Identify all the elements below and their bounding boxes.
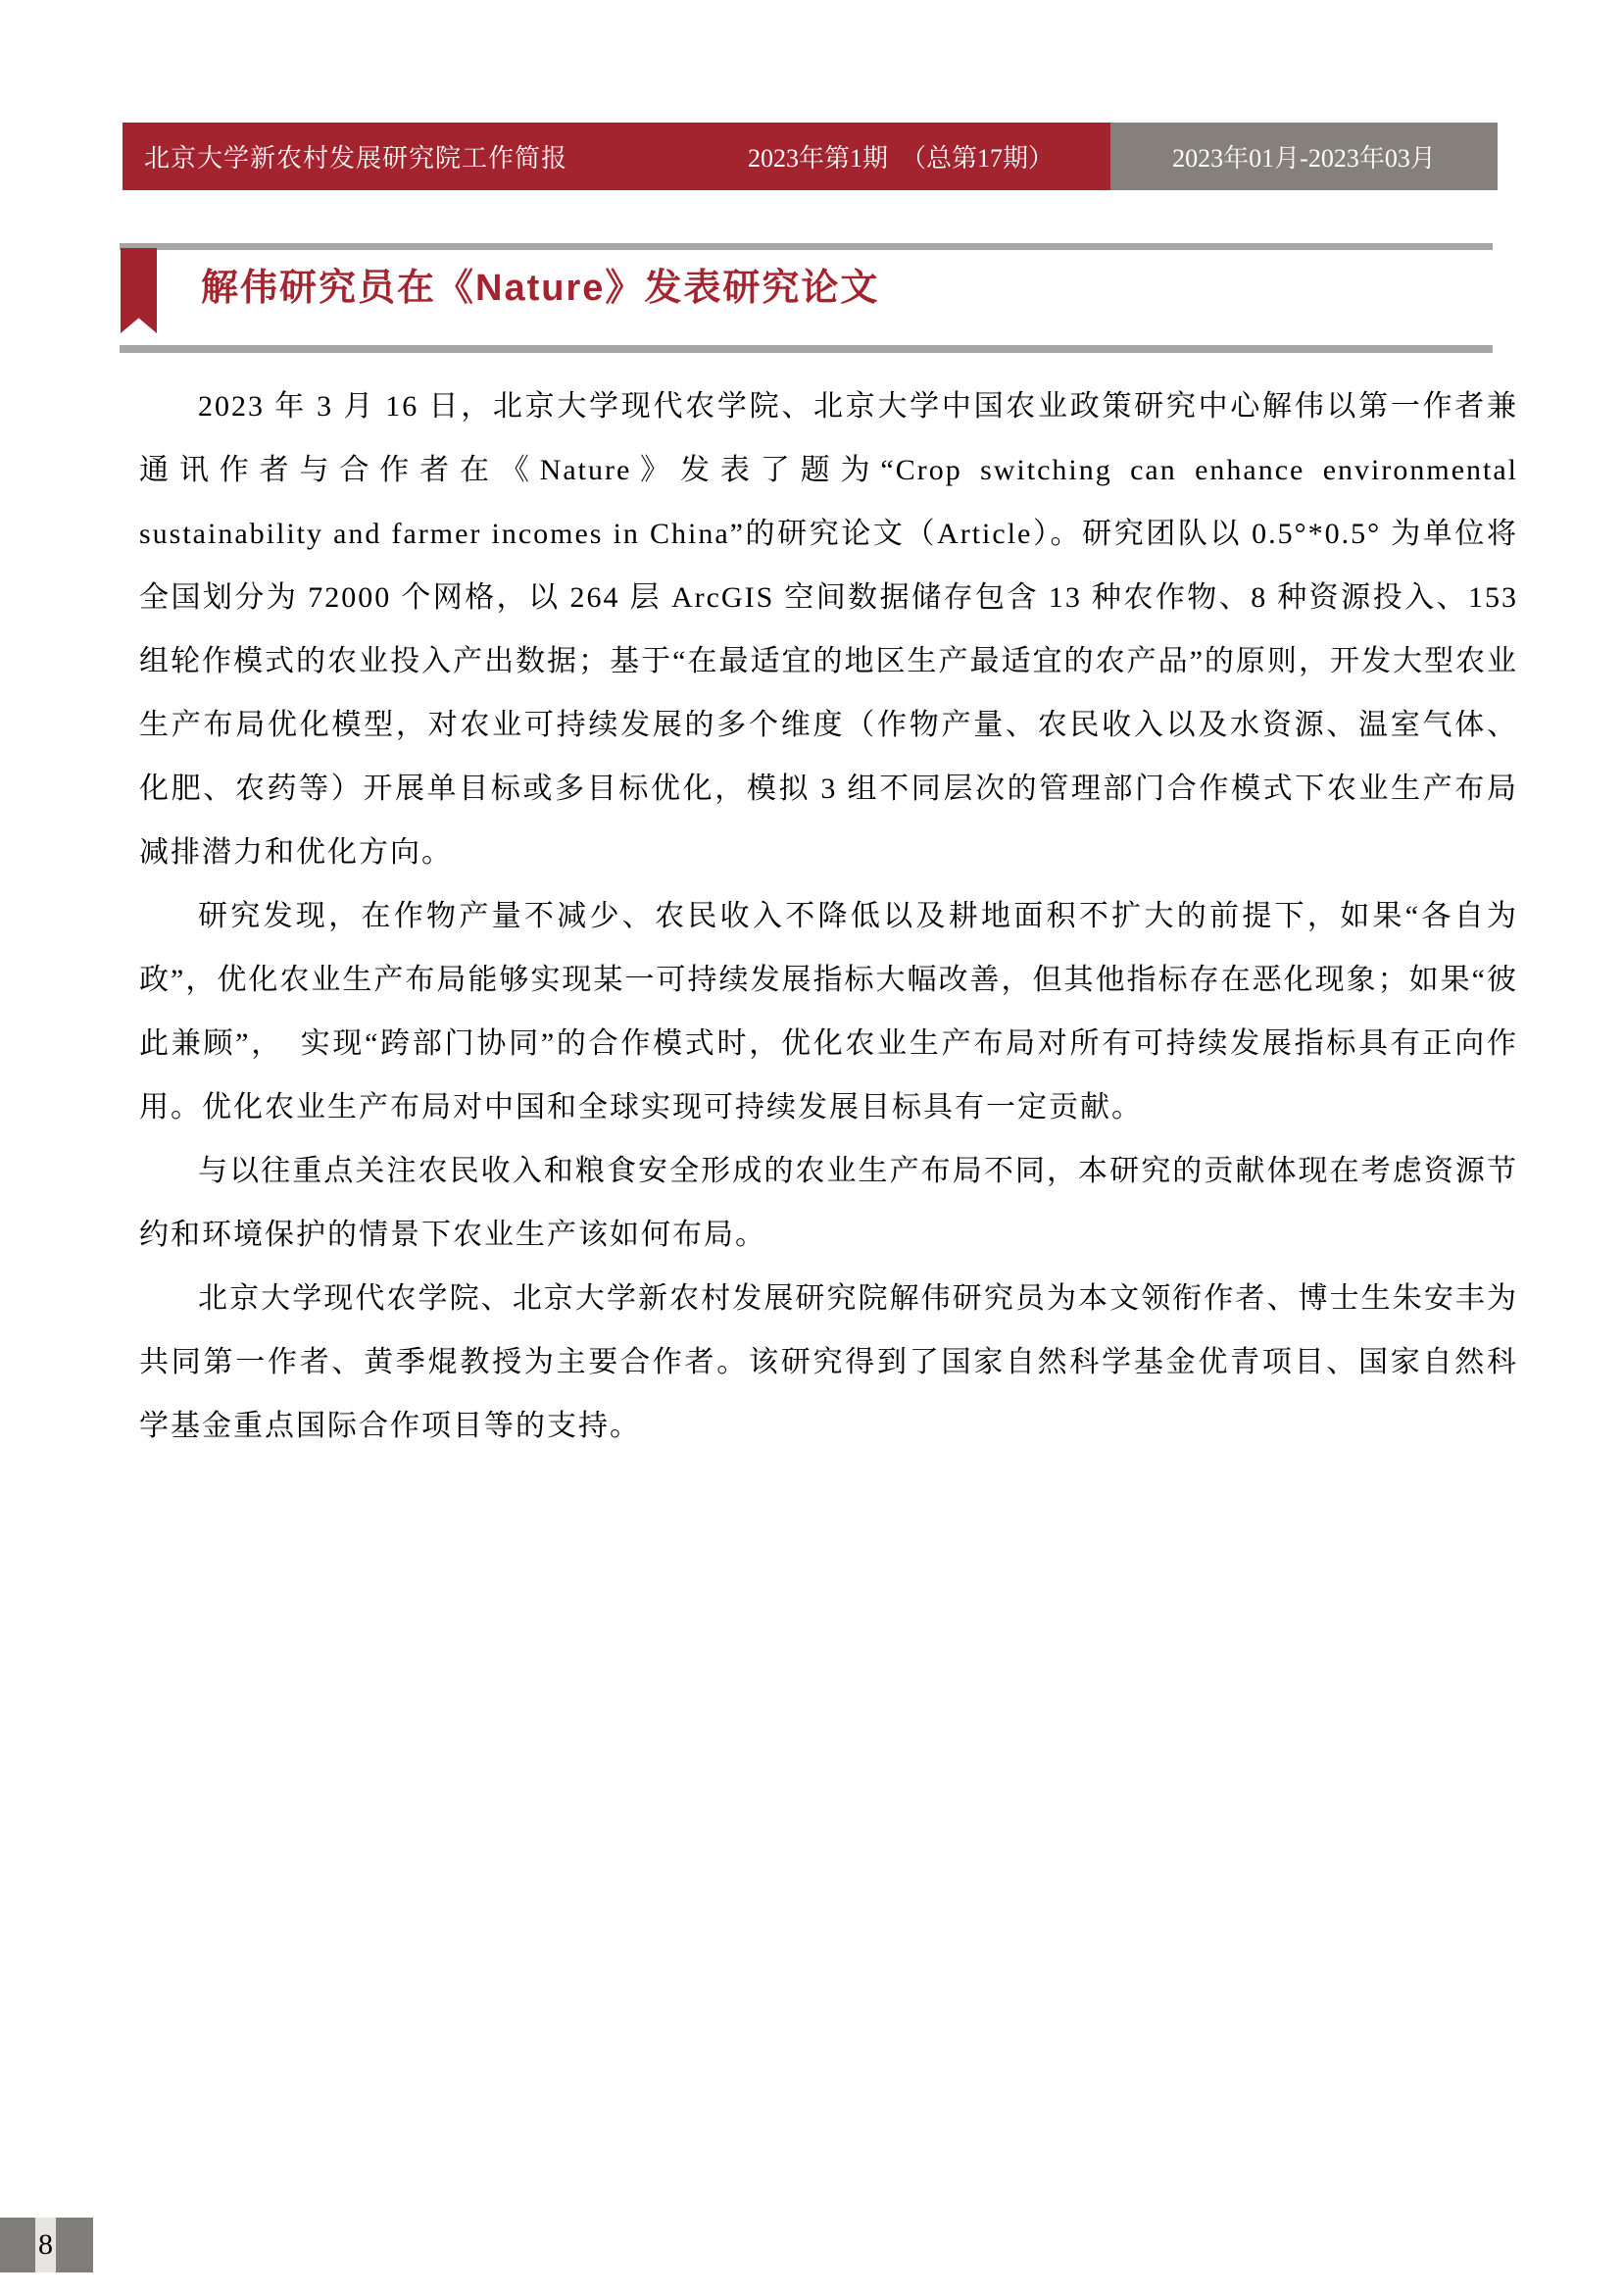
date-range-box: 2023年01月-2023年03月 (1110, 123, 1498, 190)
paragraph: 研究发现，在作物产量不减少、农民收入不降低以及耕地面积不扩大的前提下，如果“各自… (139, 884, 1518, 1139)
heading-rule-top (120, 243, 1493, 250)
paragraph: 与以往重点关注农民收入和粮食安全形成的农业生产布局不同，本研究的贡献体现在考虑资… (139, 1139, 1518, 1267)
date-range: 2023年01月-2023年03月 (1172, 138, 1436, 175)
paragraph: 北京大学现代农学院、北京大学新农村发展研究院解伟研究员为本文领衔作者、博士生朱安… (139, 1267, 1518, 1458)
page-number-box: 8 (35, 2218, 56, 2272)
document-page: 北京大学新农村发展研究院工作简报 2023年第1期 （总第17期） 2023年0… (0, 0, 1624, 2296)
page-number: 8 (38, 2228, 53, 2262)
article-title: 解伟研究员在《Nature》发表研究论文 (201, 266, 879, 311)
paragraph: 2023 年 3 月 16 日，北京大学现代农学院、北京大学中国农业政策研究中心… (139, 374, 1518, 884)
issue-number: 2023年第1期 （总第17期） (748, 138, 1054, 175)
ribbon-bookmark-icon (121, 248, 157, 333)
heading-rule-bottom (120, 345, 1493, 353)
article-body: 2023 年 3 月 16 日，北京大学现代农学院、北京大学中国农业政策研究中心… (139, 374, 1518, 1458)
page-footer: 8 (0, 2218, 93, 2272)
bulletin-title: 北京大学新农村发展研究院工作简报 (144, 138, 567, 175)
masthead: 北京大学新农村发展研究院工作简报 2023年第1期 （总第17期） (123, 123, 1110, 190)
